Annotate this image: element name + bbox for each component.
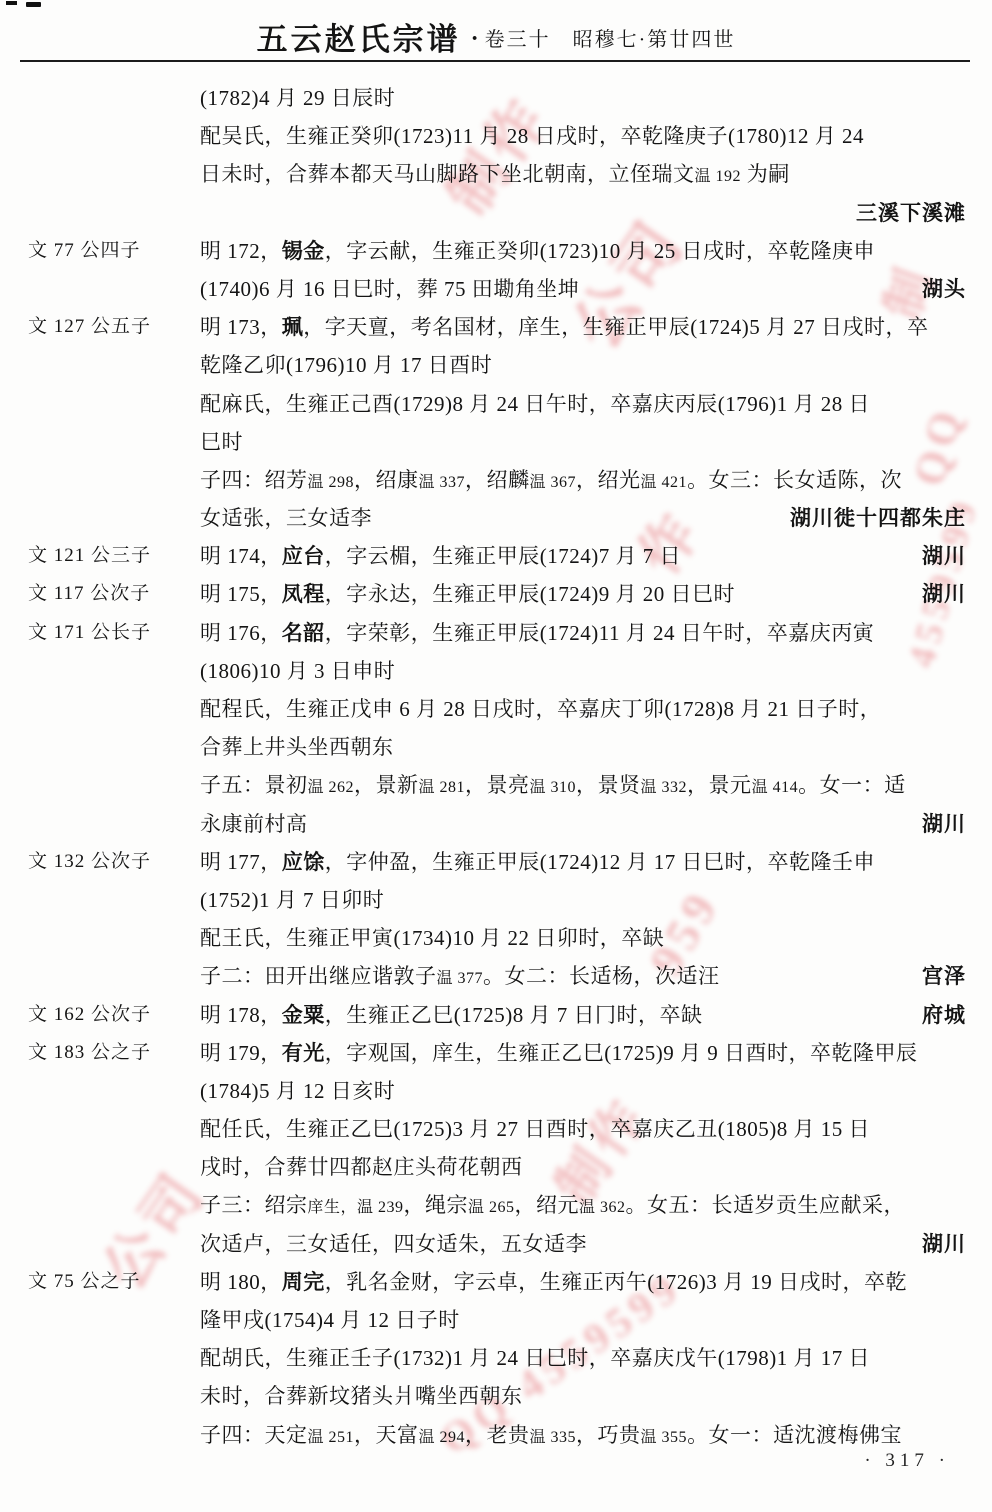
entry-text: 明 179，有光，字观国，庠生，生雍正乙巳(1725)9 月 9 日酉时，卒乾隆… bbox=[200, 1034, 966, 1072]
book-title: 五云赵氏宗谱 bbox=[257, 22, 461, 57]
header-divider bbox=[20, 60, 970, 62]
entry-text: 明 176，名韶，字荣彰，生雍正甲辰(1724)11 月 24 日午时，卒嘉庆丙… bbox=[200, 614, 966, 652]
genealogy-row: (1752)1 月 7 日卯时 bbox=[0, 881, 992, 919]
genealogy-row: 配吴氏，生雍正癸卯(1723)11 月 28 日戌时，卒乾隆庚子(1780)12… bbox=[0, 117, 992, 155]
entry-text: 巳时 bbox=[200, 423, 966, 461]
entry-text: 明 177，应馀，字仲盈，生雍正甲辰(1724)12 月 17 日巳时，卒乾隆壬… bbox=[200, 843, 966, 881]
scan-artifact bbox=[26, 2, 41, 7]
genealogy-row: (1782)4 月 29 日辰时 bbox=[0, 79, 992, 117]
genealogy-row: 日未时，合葬本都天马山脚路下坐北朝南，立侄瑞文温 192 为嗣 bbox=[0, 155, 992, 193]
volume-label: 卷三十 bbox=[485, 29, 551, 51]
entry-text: 明 178，金粟，生雍正乙巳(1725)8 月 7 日冂时，卒缺 bbox=[200, 996, 966, 1034]
generation-label: 文 75 公之子 bbox=[28, 1263, 141, 1301]
genealogy-row: 文 77 公四子明 172，锡金，字云献，生雍正癸卯(1723)10 月 25 … bbox=[0, 232, 992, 270]
genealogy-row: 文 171 公长子明 176，名韶，字荣彰，生雍正甲辰(1724)11 月 24… bbox=[0, 614, 992, 652]
entry-text: 未时，合葬新坟猪头爿嘴坐西朝东 bbox=[200, 1377, 966, 1415]
entry-text: 乾隆乙卯(1796)10 月 17 日酉时 bbox=[200, 346, 966, 384]
entry-text: 子二：田开出继应谐敦子温 377。女二：长适杨，次适汪 bbox=[200, 957, 966, 998]
genealogy-row: (1740)6 月 16 日巳时，葬 75 田墈角坐坤湖头 bbox=[0, 270, 992, 308]
genealogy-row: 子四：绍芳温 298，绍康温 337，绍麟温 367，绍光温 421。女三：长女… bbox=[0, 461, 992, 499]
section-label: 昭穆七·第廿四世 bbox=[573, 29, 736, 51]
entry-text: (1806)10 月 3 日申时 bbox=[200, 652, 966, 690]
page-number: · 317 · bbox=[864, 1450, 950, 1471]
place-name: 湖川 bbox=[922, 575, 966, 613]
genealogy-row: 乾隆乙卯(1796)10 月 17 日酉时 bbox=[0, 346, 992, 384]
generation-label: 文 121 公三子 bbox=[28, 537, 151, 575]
genealogy-row: 子五：景初温 262，景新温 281，景亮温 310，景贤温 332，景元温 4… bbox=[0, 766, 992, 804]
generation-label: 文 171 公长子 bbox=[28, 614, 151, 652]
genealogy-row: 未时，合葬新坟猪头爿嘴坐西朝东 bbox=[0, 1377, 992, 1415]
genealogy-row: (1806)10 月 3 日申时 bbox=[0, 652, 992, 690]
entry-text: 配王氏，生雍正甲寅(1734)10 月 22 日卯时，卒缺 bbox=[200, 919, 966, 957]
genealogy-row: 子四：天定温 251，天富温 294，老贵温 335，巧贵温 355。女一：适沈… bbox=[0, 1416, 992, 1454]
entry-text: 配麻氏，生雍正己酉(1729)8 月 24 日午时，卒嘉庆丙辰(1796)1 月… bbox=[200, 385, 966, 423]
genealogy-row: 文 75 公之子明 180，周完，乳名金财，字云卓，生雍正丙午(1726)3 月… bbox=[0, 1263, 992, 1301]
genealogy-row: 文 132 公次子明 177，应馀，字仲盈，生雍正甲辰(1724)12 月 17… bbox=[0, 843, 992, 881]
genealogy-row: 巳时 bbox=[0, 423, 992, 461]
place-name: 湖川徙十四都朱庄 bbox=[790, 499, 966, 537]
title-separator-dot: · bbox=[471, 26, 479, 52]
entry-text: 配吴氏，生雍正癸卯(1723)11 月 28 日戌时，卒乾隆庚子(1780)12… bbox=[200, 117, 966, 155]
entry-text: 次适卢，三女适任，四女适朱，五女适李 bbox=[200, 1225, 966, 1263]
genealogy-row: 配胡氏，生雍正壬子(1732)1 月 24 日巳时，卒嘉庆戊午(1798)1 月… bbox=[0, 1339, 992, 1377]
page-footer: · 317 · bbox=[864, 1450, 950, 1472]
place-name: 湖川 bbox=[922, 537, 966, 575]
genealogy-row: 文 127 公五子明 173，珮，字天亶，考名国材，庠生，生雍正甲辰(1724)… bbox=[0, 308, 992, 346]
genealogy-row: 文 162 公次子明 178，金粟，生雍正乙巳(1725)8 月 7 日冂时，卒… bbox=[0, 996, 992, 1034]
genealogy-row: 文 121 公三子明 174，应台，字云楣，生雍正甲辰(1724)7 月 7 日… bbox=[0, 537, 992, 575]
entry-text: 明 173，珮，字天亶，考名国材，庠生，生雍正甲辰(1724)5 月 27 日戌… bbox=[200, 308, 966, 346]
entry-text: 子四：天定温 251，天富温 294，老贵温 335，巧贵温 355。女一：适沈… bbox=[200, 1416, 966, 1457]
entry-text: 隆甲戌(1754)4 月 12 日子时 bbox=[200, 1301, 966, 1339]
genealogy-row: 隆甲戌(1754)4 月 12 日子时 bbox=[0, 1301, 992, 1339]
entry-text: 子四：绍芳温 298，绍康温 337，绍麟温 367，绍光温 421。女三：长女… bbox=[200, 461, 966, 502]
genealogy-row: 配程氏，生雍正戊申 6 月 28 日戌时，卒嘉庆丁卯(1728)8 月 21 日… bbox=[0, 690, 992, 728]
genealogy-row: (1784)5 月 12 日亥时 bbox=[0, 1072, 992, 1110]
entry-text: 配任氏，生雍正乙巳(1725)3 月 27 日酉时，卒嘉庆乙丑(1805)8 月… bbox=[200, 1110, 966, 1148]
generation-label: 文 183 公之子 bbox=[28, 1034, 151, 1072]
genealogy-row: 子三：绍宗庠生，温 239，绳宗温 265，绍元温 362。女五：长适岁贡生应献… bbox=[0, 1186, 992, 1224]
entry-text: (1784)5 月 12 日亥时 bbox=[200, 1072, 966, 1110]
entry-text: 日未时，合葬本都天马山脚路下坐北朝南，立侄瑞文温 192 为嗣 bbox=[200, 155, 966, 196]
genealogy-row: 配麻氏，生雍正己酉(1729)8 月 24 日午时，卒嘉庆丙辰(1796)1 月… bbox=[0, 385, 992, 423]
genealogy-row: 子二：田开出继应谐敦子温 377。女二：长适杨，次适汪宫泽 bbox=[0, 957, 992, 995]
genealogy-row: 配王氏，生雍正甲寅(1734)10 月 22 日卯时，卒缺 bbox=[0, 919, 992, 957]
genealogy-row: 合葬上井头坐西朝东 bbox=[0, 728, 992, 766]
genealogy-row: 女适张，三女适李湖川徙十四都朱庄 bbox=[0, 499, 992, 537]
entry-text: (1782)4 月 29 日辰时 bbox=[200, 79, 966, 117]
entry-text: 明 174，应台，字云楣，生雍正甲辰(1724)7 月 7 日 bbox=[200, 537, 966, 575]
genealogy-row: 戌时，合葬廿四都赵庄头荷花朝西 bbox=[0, 1148, 992, 1186]
place-name: 宫泽 bbox=[922, 957, 966, 995]
generation-label: 文 132 公次子 bbox=[28, 843, 151, 881]
entry-text: 戌时，合葬廿四都赵庄头荷花朝西 bbox=[200, 1148, 966, 1186]
place-name: 湖川 bbox=[922, 805, 966, 843]
entry-text: 明 172，锡金，字云献，生雍正癸卯(1723)10 月 25 日戌时，卒乾隆庚… bbox=[200, 232, 966, 270]
genealogy-row: 永康前村高湖川 bbox=[0, 805, 992, 843]
place-name: 湖川 bbox=[922, 1225, 966, 1263]
generation-label: 文 162 公次子 bbox=[28, 996, 151, 1034]
page-header: 五云赵氏宗谱·卷三十昭穆七·第廿四世 bbox=[0, 14, 992, 59]
genealogy-body: (1782)4 月 29 日辰时配吴氏，生雍正癸卯(1723)11 月 28 日… bbox=[0, 79, 992, 1454]
entry-text: 合葬上井头坐西朝东 bbox=[200, 728, 966, 766]
genealogy-row: 文 117 公次子明 175，凤程，字永达，生雍正甲辰(1724)9 月 20 … bbox=[0, 575, 992, 613]
genealogy-row: 文 183 公之子明 179，有光，字观国，庠生，生雍正乙巳(1725)9 月 … bbox=[0, 1034, 992, 1072]
entry-text: 子五：景初温 262，景新温 281，景亮温 310，景贤温 332，景元温 4… bbox=[200, 766, 966, 807]
entry-text: (1740)6 月 16 日巳时，葬 75 田墈角坐坤 bbox=[200, 270, 966, 308]
generation-label: 文 77 公四子 bbox=[28, 232, 141, 270]
entry-text: 配胡氏，生雍正壬子(1732)1 月 24 日巳时，卒嘉庆戊午(1798)1 月… bbox=[200, 1339, 966, 1377]
genealogy-page: 五云赵氏宗谱·卷三十昭穆七·第廿四世 (1782)4 月 29 日辰时配吴氏，生… bbox=[0, 0, 992, 1512]
place-name: 府城 bbox=[922, 996, 966, 1034]
genealogy-row: 次适卢，三女适任，四女适朱，五女适李湖川 bbox=[0, 1225, 992, 1263]
entry-text: 明 180，周完，乳名金财，字云卓，生雍正丙午(1726)3 月 19 日戌时，… bbox=[200, 1263, 966, 1301]
entry-text: 子三：绍宗庠生，温 239，绳宗温 265，绍元温 362。女五：长适岁贡生应献… bbox=[200, 1186, 966, 1227]
generation-label: 文 127 公五子 bbox=[28, 308, 151, 346]
generation-label: 文 117 公次子 bbox=[28, 575, 150, 613]
entry-text: 配程氏，生雍正戊申 6 月 28 日戌时，卒嘉庆丁卯(1728)8 月 21 日… bbox=[200, 690, 966, 728]
place-name: 湖头 bbox=[922, 270, 966, 308]
entry-text: 永康前村高 bbox=[200, 805, 966, 843]
genealogy-row: 三溪下溪滩 bbox=[0, 194, 992, 232]
genealogy-row: 配任氏，生雍正乙巳(1725)3 月 27 日酉时，卒嘉庆乙丑(1805)8 月… bbox=[0, 1110, 992, 1148]
entry-text: 明 175，凤程，字永达，生雍正甲辰(1724)9 月 20 日巳时 bbox=[200, 575, 966, 613]
place-name: 三溪下溪滩 bbox=[856, 194, 966, 232]
scan-artifact bbox=[6, 1, 17, 5]
entry-text: (1752)1 月 7 日卯时 bbox=[200, 881, 966, 919]
